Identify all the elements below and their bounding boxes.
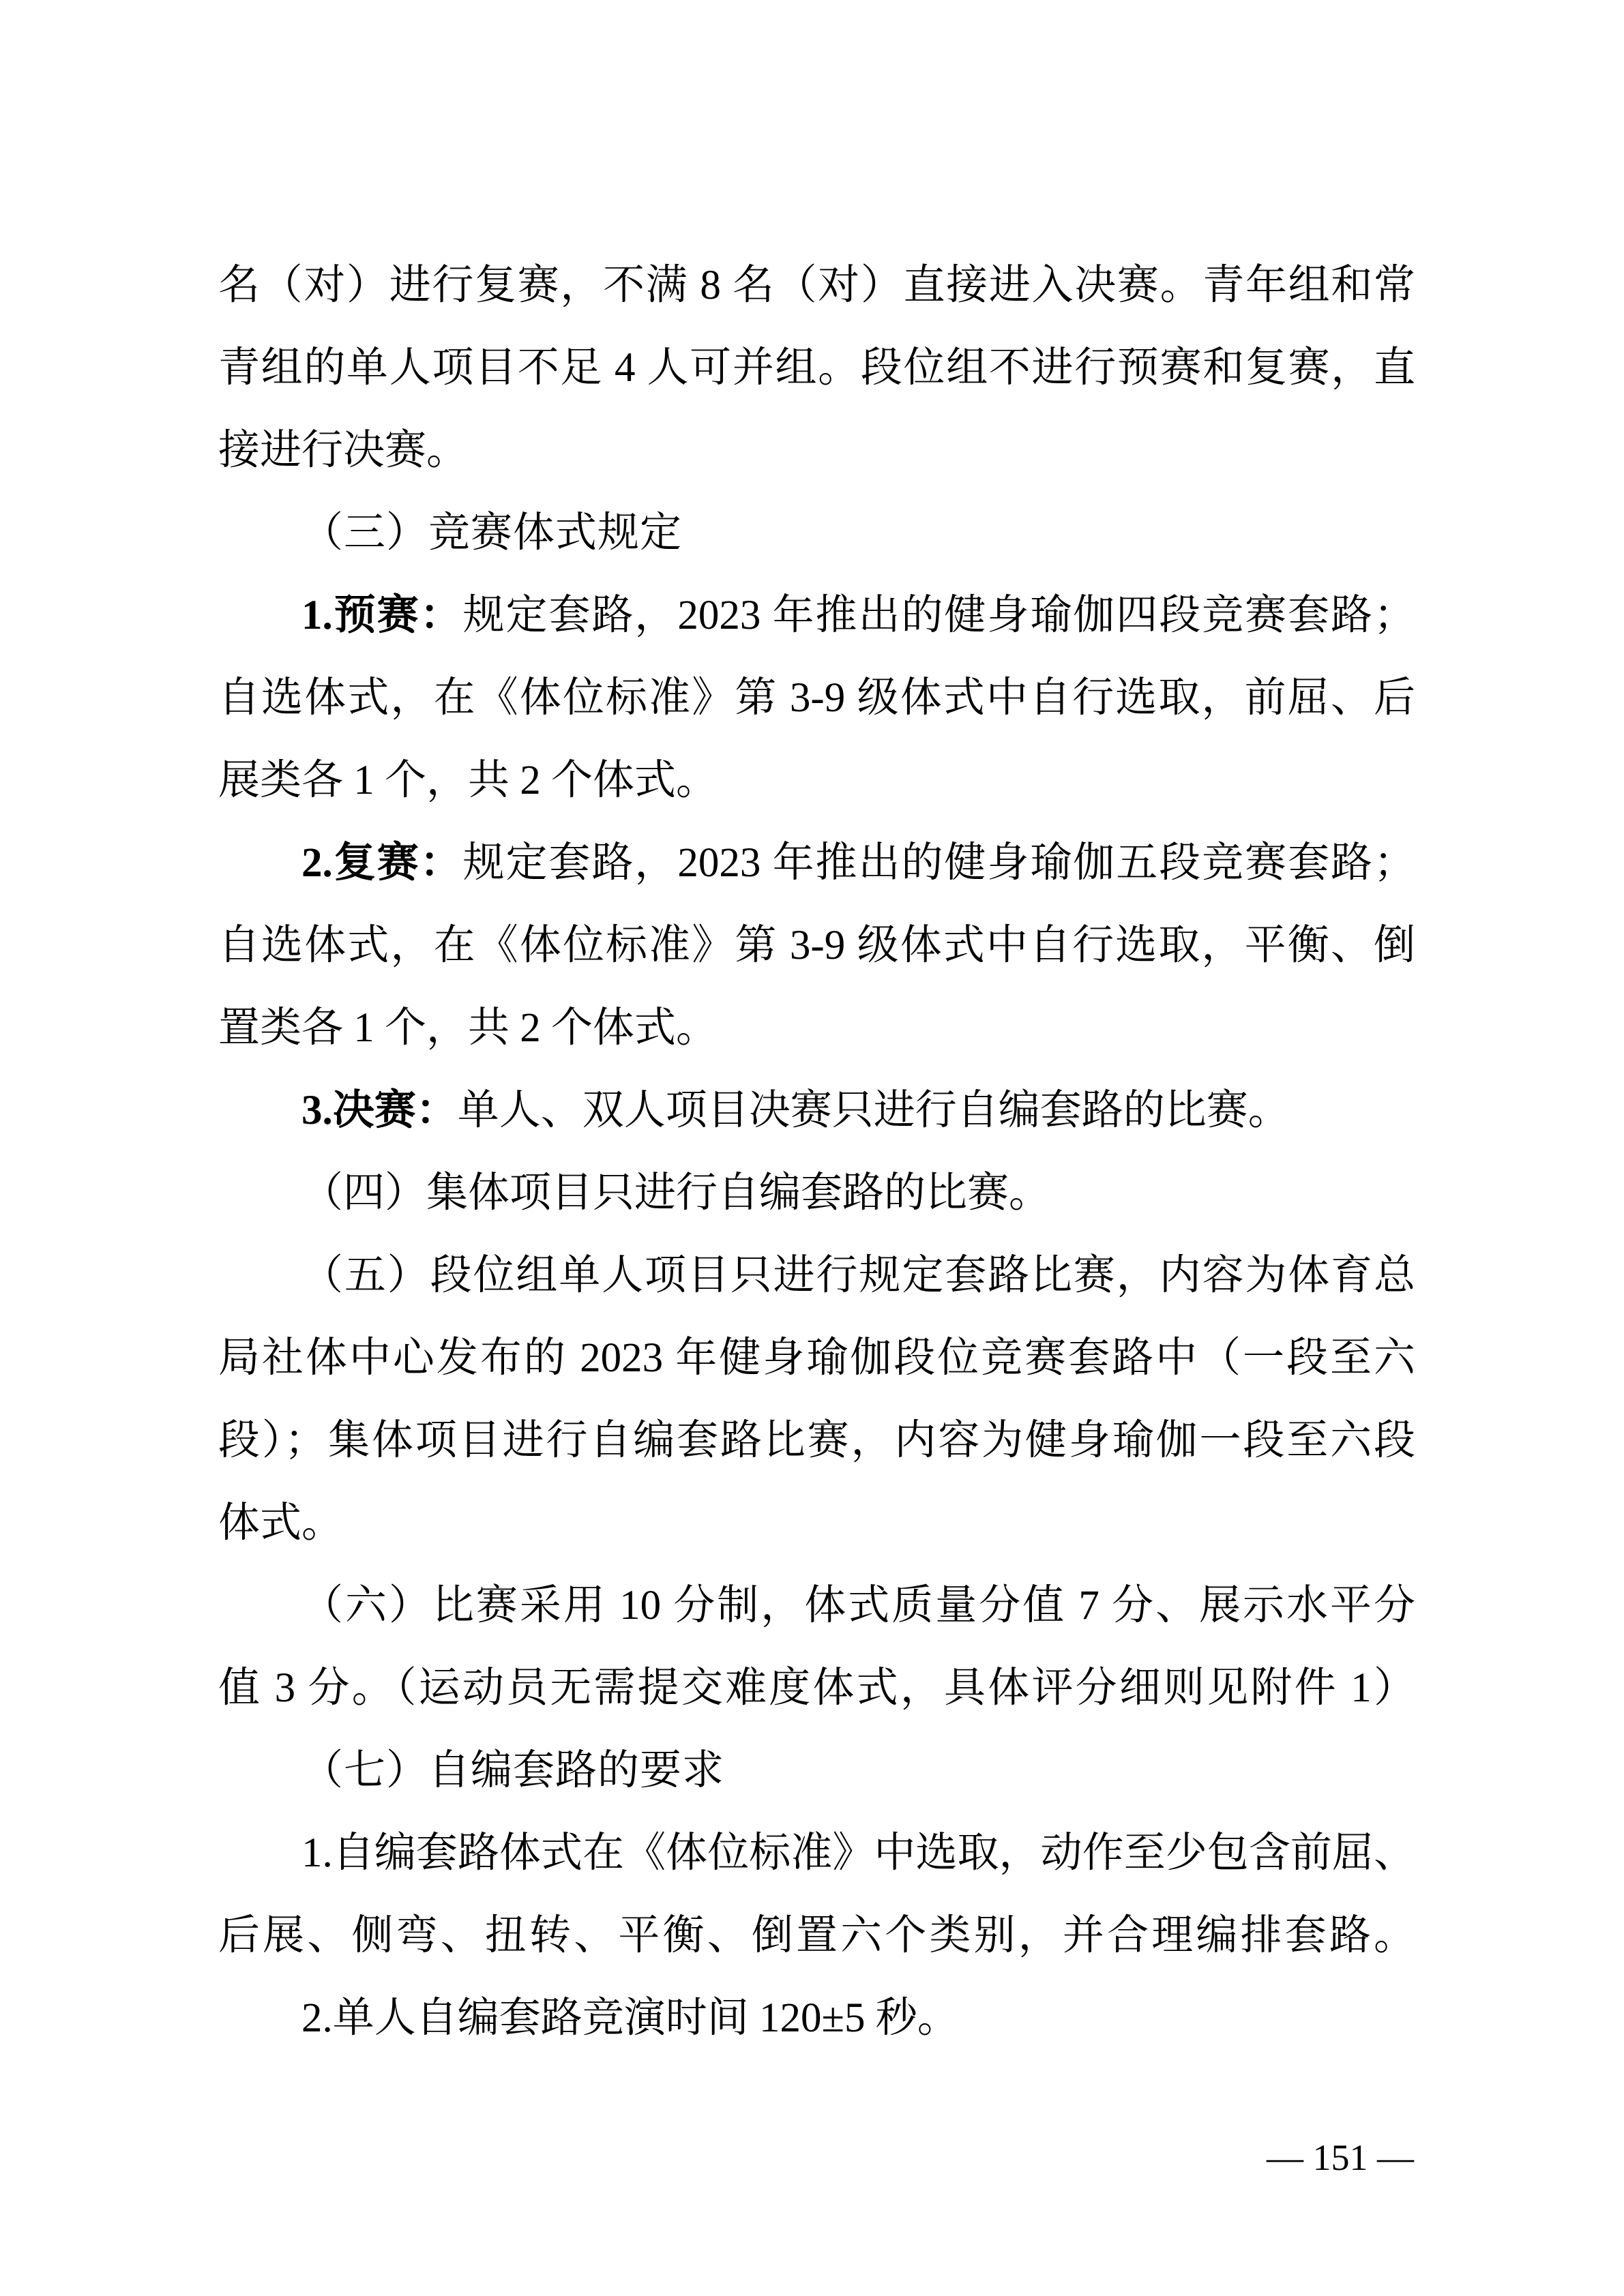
text-line: 段）；集体项目进行自编套路比赛，内容为健身瑜伽一段至六段 [218,1399,1415,1482]
section-heading: （七）自编套路的要求 [218,1729,1415,1812]
text-line: （四）集体项目只进行自编套路的比赛。 [218,1152,1415,1234]
text-run: 值 3 分。（运动员无需提交难度体式，具体评分细则见附件 1） [218,1665,1415,1711]
text-line: （六）比赛采用 10 分制，体式质量分值 7 分、展示水平分 [218,1564,1415,1647]
document-body: 名（对）进行复赛，不满 8 名（对）直接进入决赛。青年组和常青组的单人项目不足 … [218,244,1415,2059]
text-line: 1.自编套路体式在《体位标准》中选取，动作至少包含前屈、 [218,1812,1415,1894]
bold-text-run: 2.复赛： [301,840,463,886]
text-run: 名（对）进行复赛，不满 8 名（对）直接进入决赛。青年组和常 [218,263,1415,308]
text-line: 后展、侧弯、扭转、平衡、倒置六个类别，并合理编排套路。 [218,1894,1415,1977]
text-run: 1.自编套路体式在《体位标准》中选取，动作至少包含前屈、 [301,1830,1415,1876]
text-line: 名（对）进行复赛，不满 8 名（对）直接进入决赛。青年组和常 [218,244,1415,327]
text-run: （三）竞赛体式规定 [301,510,682,556]
text-run: （七）自编套路的要求 [301,1748,724,1793]
document-page: 名（对）进行复赛，不满 8 名（对）直接进入决赛。青年组和常青组的单人项目不足 … [0,0,1624,2296]
text-run: 规定套路，2023 年推出的健身瑜伽四段竞赛套路； [463,593,1415,638]
text-line: （五）段位组单人项目只进行规定套路比赛，内容为体育总 [218,1234,1415,1317]
text-run: 接进行决赛。 [218,428,468,473]
text-line: 值 3 分。（运动员无需提交难度体式，具体评分细则见附件 1） [218,1647,1415,1729]
bold-text-run: 1.预赛： [301,593,463,638]
text-run: 2.单人自编套路竞演时间 120±5 秒。 [301,1995,959,2041]
text-line: 3.决赛：单人、双人项目决赛只进行自编套路的比赛。 [218,1069,1415,1152]
text-run: 自选体式，在《体位标准》第 3-9 级体式中自行选取，平衡、倒 [218,923,1415,968]
text-line: 体式。 [218,1482,1415,1564]
text-run: （五）段位组单人项目只进行规定套路比赛，内容为体育总 [301,1253,1415,1298]
text-run: 置类各 1 个，共 2 个体式。 [218,1005,718,1051]
text-run: 体式。 [218,1500,343,1546]
text-run: （四）集体项目只进行自编套路的比赛。 [301,1170,1050,1216]
text-line: 2.复赛：规定套路，2023 年推出的健身瑜伽五段竞赛套路； [218,822,1415,904]
page-number: — 151 — [1267,2137,1414,2178]
text-line: 2.单人自编套路竞演时间 120±5 秒。 [218,1977,1415,2059]
section-heading: （三）竞赛体式规定 [218,492,1415,574]
text-line: 青组的单人项目不足 4 人可并组。段位组不进行预赛和复赛，直 [218,327,1415,409]
text-run: 青组的单人项目不足 4 人可并组。段位组不进行预赛和复赛，直 [218,345,1415,391]
text-run: 局社体中心发布的 2023 年健身瑜伽段位竞赛套路中（一段至六 [218,1335,1415,1381]
text-line: 置类各 1 个，共 2 个体式。 [218,987,1415,1069]
text-run: 自选体式，在《体位标准》第 3-9 级体式中自行选取，前屈、后 [218,675,1415,721]
text-line: 展类各 1 个，共 2 个体式。 [218,739,1415,822]
text-run: （六）比赛采用 10 分制，体式质量分值 7 分、展示水平分 [301,1583,1415,1628]
text-run: 段）；集体项目进行自编套路比赛，内容为健身瑜伽一段至六段 [218,1418,1415,1463]
text-line: 接进行决赛。 [218,409,1415,492]
text-line: 1.预赛：规定套路，2023 年推出的健身瑜伽四段竞赛套路； [218,574,1415,657]
text-line: 局社体中心发布的 2023 年健身瑜伽段位竞赛套路中（一段至六 [218,1317,1415,1399]
text-run: 展类各 1 个，共 2 个体式。 [218,758,718,803]
page-footer: — 151 — [1241,2133,1439,2182]
text-run: 单人、双人项目决赛只进行自编套路的比赛。 [458,1088,1290,1133]
text-line: 自选体式，在《体位标准》第 3-9 级体式中自行选取，前屈、后 [218,657,1415,739]
text-run: 后展、侧弯、扭转、平衡、倒置六个类别，并合理编排套路。 [218,1913,1415,1958]
text-run: 规定套路，2023 年推出的健身瑜伽五段竞赛套路； [463,840,1415,886]
text-line: 自选体式，在《体位标准》第 3-9 级体式中自行选取，平衡、倒 [218,904,1415,987]
bold-text-run: 3.决赛： [301,1088,458,1133]
